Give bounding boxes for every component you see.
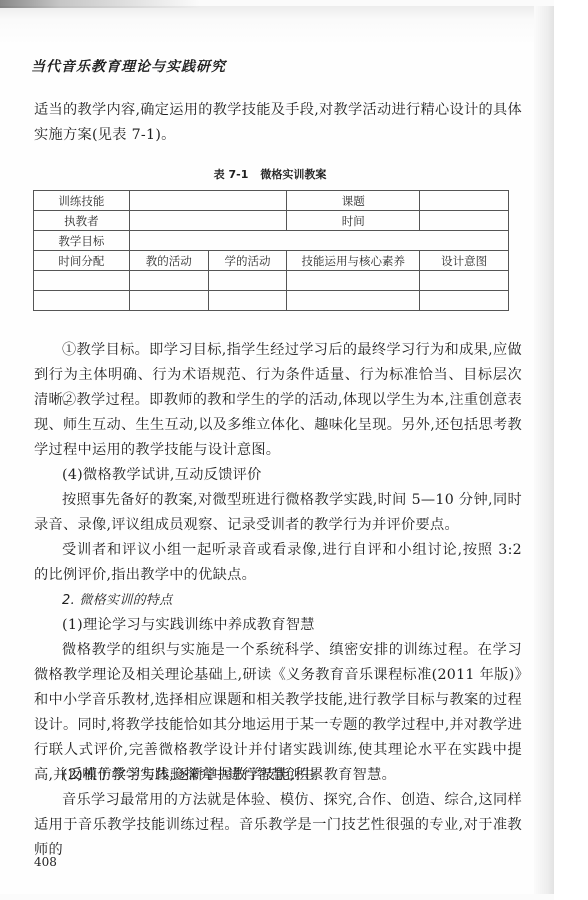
table-cell-label: 时间分配 <box>34 251 130 271</box>
table-cell-empty <box>129 271 208 291</box>
table-row: 教学目标 <box>34 231 509 251</box>
page-number: 408 <box>34 855 57 869</box>
table-header-cell: 学的活动 <box>208 251 287 271</box>
page-edge-shadow <box>534 6 554 894</box>
table-header-cell: 教的活动 <box>129 251 208 271</box>
table-cell-empty <box>208 271 287 291</box>
table-row: 时间分配 教的活动 学的活动 技能运用与核心素养 设计意图 <box>34 251 509 271</box>
table-cell-empty <box>129 291 208 311</box>
table-cell-empty <box>420 191 509 211</box>
table-row: 训练技能 课题 <box>34 191 509 211</box>
table-header-cell: 设计意图 <box>420 251 509 271</box>
paragraph-teaching-process: ②教学过程。即教师的教和学生的学的活动,体现以学生为本,注重创意表现、师生互动、… <box>34 388 522 463</box>
table-cell-label: 教学目标 <box>34 231 130 251</box>
paragraph-music-learning: 音乐学习最常用的方法就是体验、模仿、探究,合作、创造、综合,这同样适用于音乐教学… <box>34 788 522 863</box>
table-cell-label: 课题 <box>287 191 420 211</box>
table-cell-label: 执教者 <box>34 211 130 231</box>
table-cell-label: 时间 <box>287 211 420 231</box>
table-cell-empty <box>34 271 130 291</box>
page-margin <box>554 0 588 900</box>
table-cell-empty <box>129 211 287 231</box>
intro-paragraph: 适当的教学内容,确定运用的教学技能及手段,对教学活动进行精心设计的具体实施方案(… <box>34 98 522 148</box>
subheading-imitation-exploration: (2)模仿学习与体验探究中进行智慧创生 <box>34 763 522 788</box>
subheading-trial-teaching: (4)微格教学试讲,互动反馈评价 <box>34 463 522 488</box>
running-head: 当代音乐教育理论与实践研究 <box>31 56 226 76</box>
table-row: 执教者 时间 <box>34 211 509 231</box>
subheading-theory-practice: (1)理论学习与实践训练中养成教育智慧 <box>34 613 522 638</box>
table-cell-empty <box>208 291 287 311</box>
scan-shadow <box>0 0 200 8</box>
table-cell-empty <box>34 291 130 311</box>
paragraph-review: 受训者和评议小组一起听录音或看录像,进行自评和小组讨论,按照 3:2 的比例评价… <box>34 538 522 588</box>
lesson-plan-table: 训练技能 课题 执教者 时间 教学目标 时间分配 教的活动 学的活动 技能运用与… <box>33 190 509 311</box>
table-caption: 表 7-1微格实训教案 <box>0 166 540 182</box>
paragraph-practice: 按照事先备好的教案,对微型班进行微格教学实践,时间 5—10 分钟,同时录音、录… <box>34 488 522 538</box>
table-caption-title: 微格实训教案 <box>260 168 326 181</box>
table-cell-empty <box>420 291 509 311</box>
table-cell-label: 训练技能 <box>34 191 130 211</box>
table-row <box>34 291 509 311</box>
table-cell-empty <box>287 271 420 291</box>
table-cell-empty <box>129 191 287 211</box>
table-caption-number: 表 7-1 <box>214 168 249 181</box>
table-cell-empty <box>420 271 509 291</box>
table-row <box>34 271 509 291</box>
section-heading-features: 2. 微格实训的特点 <box>34 588 522 613</box>
table-cell-empty <box>420 211 509 231</box>
table-cell-empty <box>129 231 508 251</box>
table-header-cell: 技能运用与核心素养 <box>287 251 420 271</box>
table-cell-empty <box>287 291 420 311</box>
